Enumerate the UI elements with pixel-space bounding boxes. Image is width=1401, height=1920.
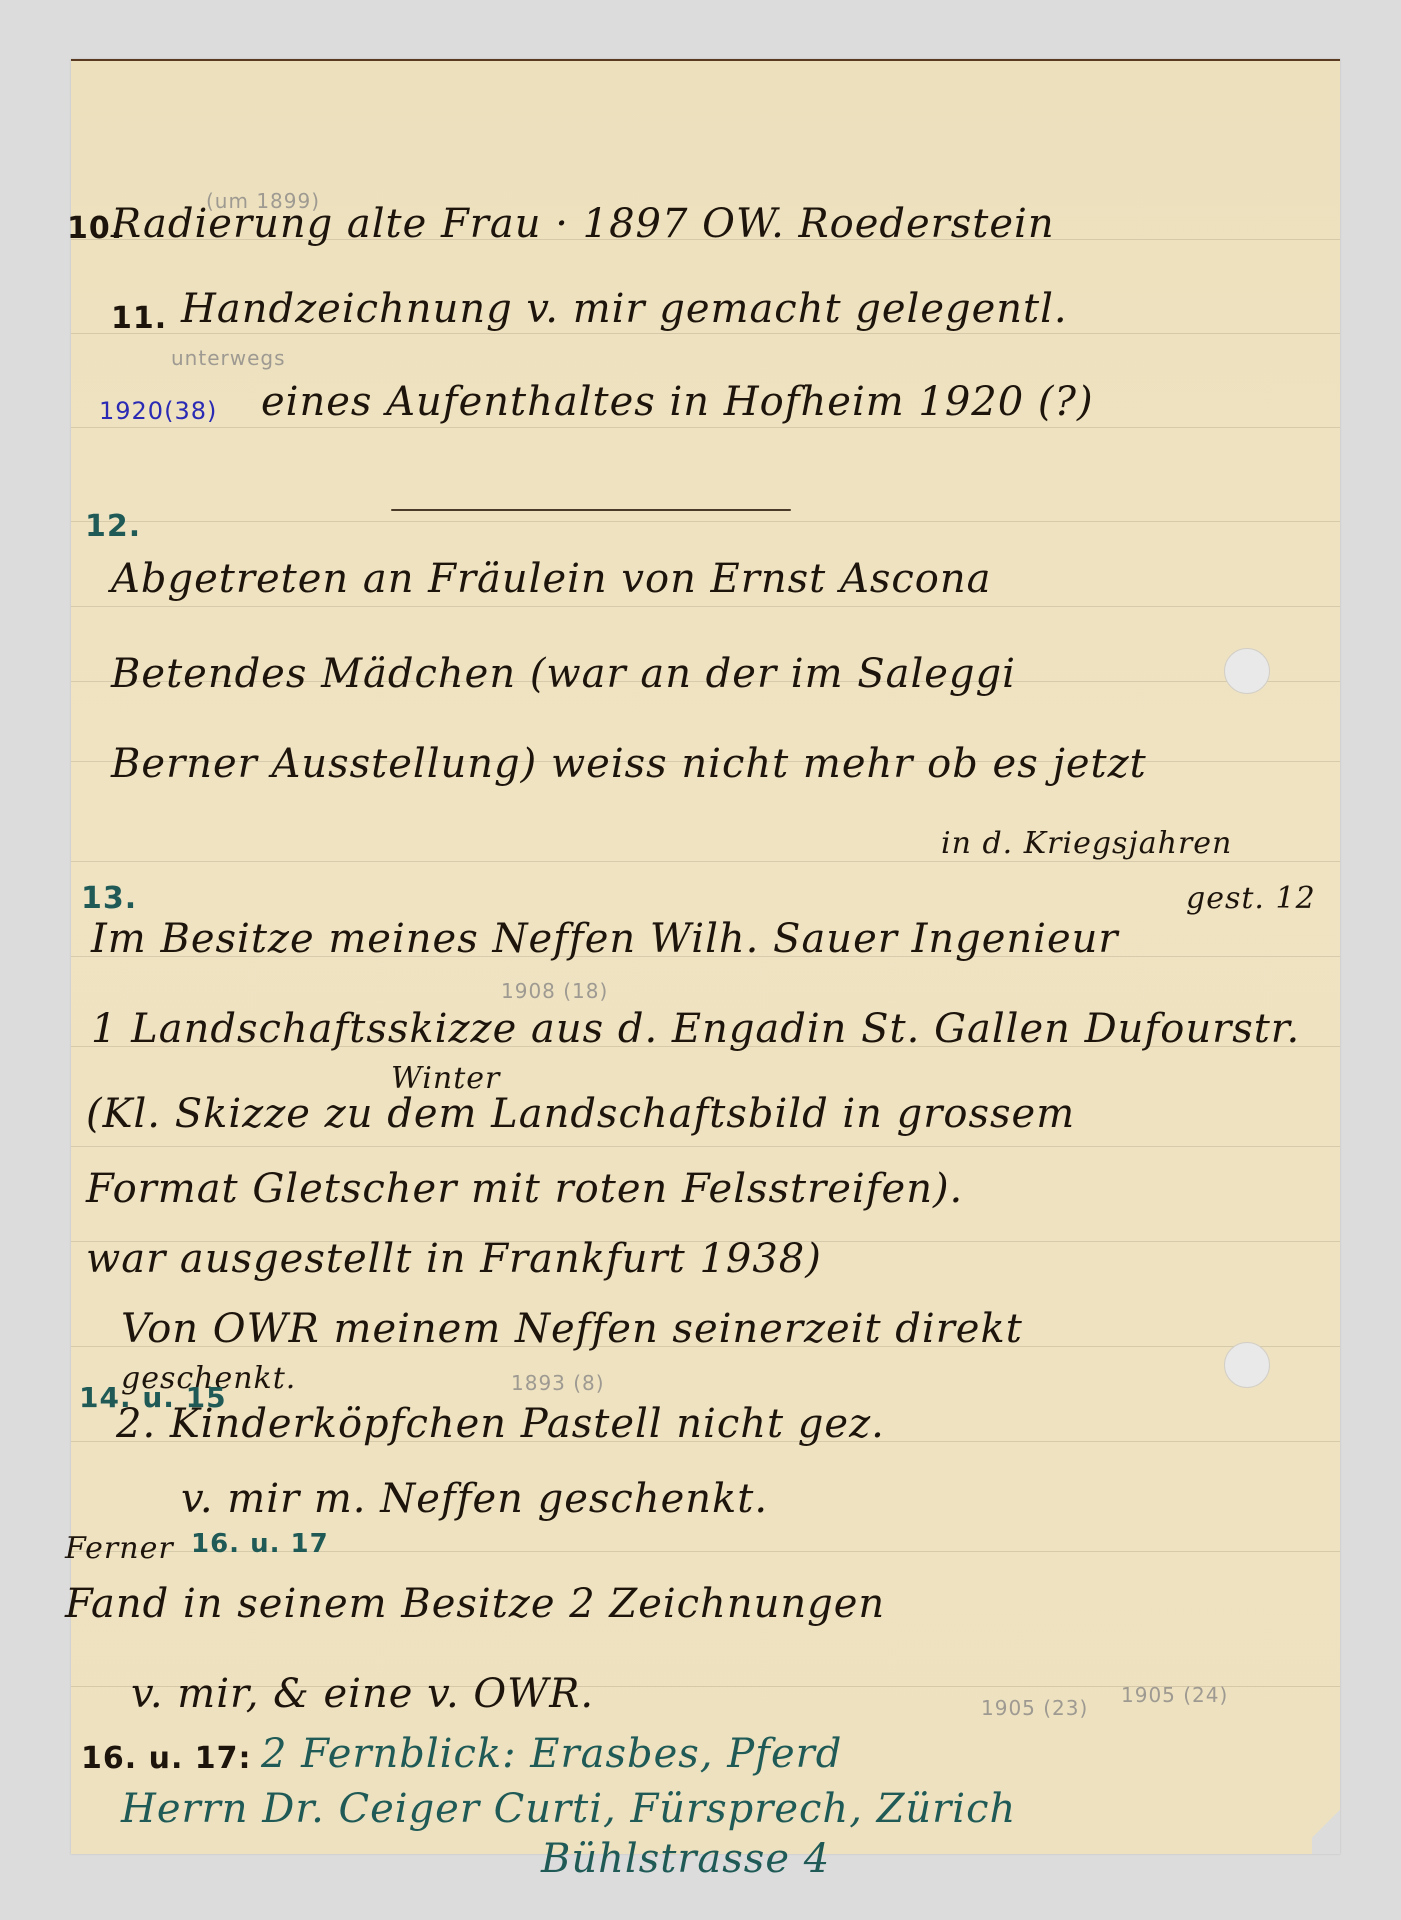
ruled-line [71, 1146, 1340, 1147]
torn-corner [1312, 1794, 1340, 1854]
pencil-note: 1905 (23) [981, 1696, 1088, 1720]
entry-line: Von OWR meinem Neffen seinerzeit direkt [121, 1306, 1023, 1352]
entry-number: 12. [85, 509, 141, 544]
pencil-note: 1908 (18) [501, 979, 608, 1003]
entry-line: v. mir, & eine v. OWR. [131, 1671, 594, 1717]
entry-line: Abgetreten an Fräulein von Ernst Ascona [111, 556, 991, 602]
entry-line: Herrn Dr. Ceiger Curti, Fürsprech, Züric… [121, 1786, 1016, 1832]
entry-line: (Kl. Skizze zu dem Landschaftsbild in gr… [86, 1091, 1075, 1137]
entry-number: 16. u. 17 [191, 1529, 329, 1559]
entry-number: 13. [81, 881, 137, 916]
punch-hole [1224, 648, 1270, 694]
entry-line: Radierung alte Frau · 1897 OW. Roederste… [111, 201, 1055, 247]
ruled-line [71, 427, 1340, 428]
margin-note: gest. 12 [1186, 881, 1316, 916]
document-page: (um 1899) 10. Radierung alte Frau · 1897… [71, 59, 1340, 1854]
pencil-note: 1905 (24) [1121, 1683, 1228, 1707]
entry-line: eines Aufenthaltes in Hofheim 1920 (?) [261, 379, 1094, 425]
entry-line: Ferner [65, 1531, 174, 1566]
entry-line: Berner Ausstellung) weiss nicht mehr ob … [111, 741, 1147, 787]
entry-line: Format Gletscher mit roten Felsstreifen)… [86, 1166, 963, 1212]
entry-line: 2 Fernblick: Erasbes, Pferd [261, 1731, 842, 1777]
entry-number: 11. [111, 301, 167, 336]
entry-line: Handzeichnung v. mir gemacht gelegentl. [181, 286, 1068, 332]
entry-number: 16. u. 17: [81, 1741, 252, 1776]
entry-line: Bühlstrasse 4 [541, 1836, 830, 1882]
punch-hole [1224, 1342, 1270, 1388]
entry-line: Im Besitze meines Neffen Wilh. Sauer Ing… [91, 916, 1119, 962]
entry-line: v. mir m. Neffen geschenkt. [181, 1476, 768, 1522]
pencil-note: unterwegs [171, 346, 286, 370]
ruled-line [71, 861, 1340, 862]
separator-line [391, 509, 791, 511]
ruled-line [71, 521, 1340, 522]
entry-line: 2. Kinderköpfchen Pastell nicht gez. [116, 1401, 885, 1447]
entry-line: war ausgestellt in Frankfurt 1938) [86, 1236, 822, 1282]
blue-annotation: 1920(38) [99, 397, 217, 425]
entry-line: 1 Landschaftsskizze aus d. Engadin St. G… [91, 1006, 1300, 1052]
ruled-line [71, 606, 1340, 607]
entry-line: Fand in seinem Besitze 2 Zeichnungen [65, 1581, 885, 1627]
ruled-line [71, 333, 1340, 334]
entry-line: Betendes Mädchen (war an der im Saleggi [111, 651, 1016, 697]
entry-line: in d. Kriegsjahren [941, 826, 1232, 861]
pencil-note: 1893 (8) [511, 1371, 605, 1395]
